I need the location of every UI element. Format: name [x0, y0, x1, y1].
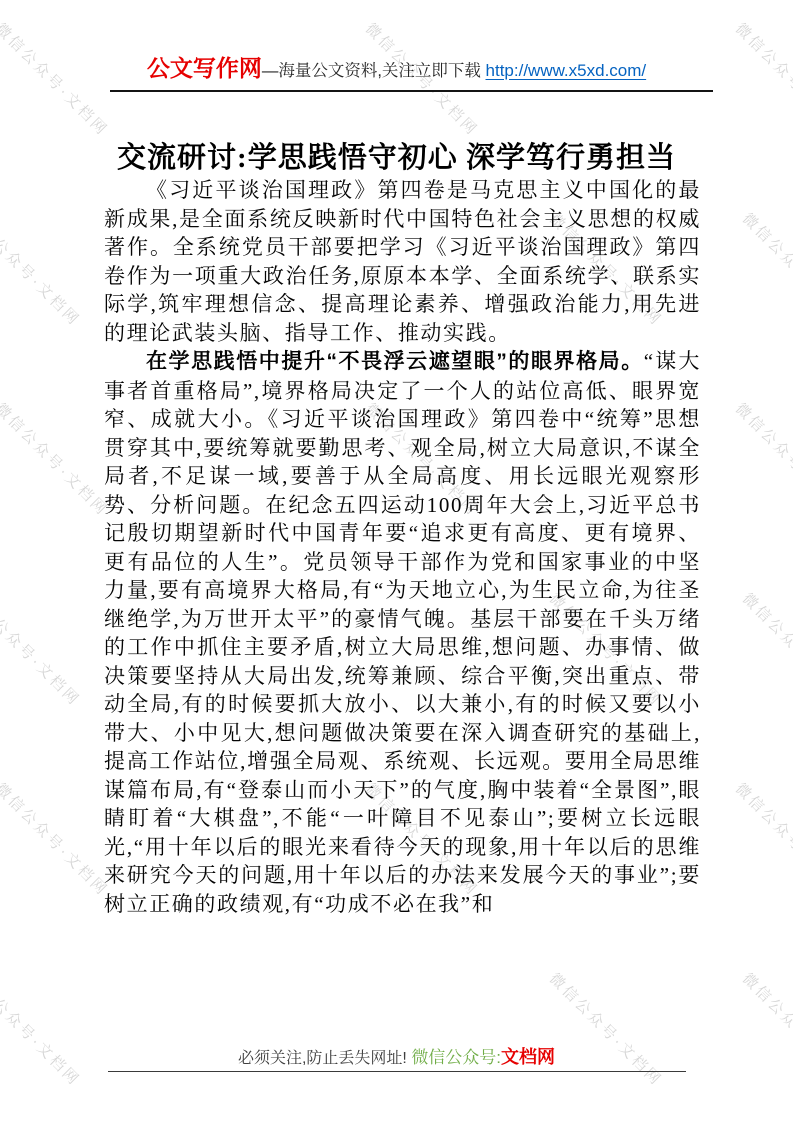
watermark-text: 微信公众号·文档网	[0, 968, 85, 1090]
footer-account-label: 微信公众号:	[411, 1048, 501, 1067]
footer-divider	[108, 1071, 686, 1072]
header-divider	[110, 90, 713, 92]
paragraph-text: 《习近平谈治国理政》第四卷是马克思主义中国化的最新成果,是全面系统反映新时代中国…	[104, 178, 701, 345]
footer-warning: 必须关注,防止丢失网址!	[238, 1050, 407, 1067]
paragraph-text: “谋大事者首重格局”,境界格局决定了一个人的站位高低、眼界宽窄、成就大小。《习近…	[104, 349, 701, 916]
page-footer: 必须关注,防止丢失网址! 微信公众号:文档网	[0, 1043, 793, 1069]
page-title: 交流研讨:学思践悟守初心 深学笃行勇担当	[0, 135, 793, 176]
document-body: 《习近平谈治国理政》第四卷是马克思主义中国化的最新成果,是全面系统反映新时代中国…	[104, 176, 701, 918]
paragraph: 在学思践悟中提升“不畏浮云遮望眼”的眼界格局。“谋大事者首重格局”,境界格局决定…	[104, 347, 701, 918]
site-name: 公文写作网	[147, 55, 262, 81]
site-url-link[interactable]: http://www.x5xd.com/	[486, 61, 647, 80]
site-tagline: —海量公文资料,关注立即下载	[262, 62, 486, 80]
site-header: 公文写作网—海量公文资料,关注立即下载 http://www.x5xd.com/	[0, 0, 793, 83]
document-page: 微信公众号·文档网微信公众号·文档网微信公众号·文档网微信公众号·文档网微信公众…	[0, 0, 793, 1122]
footer-account-name: 文档网	[501, 1047, 555, 1067]
watermark-text: 微信公众号·文档网	[738, 968, 793, 1090]
paragraph: 《习近平谈治国理政》第四卷是马克思主义中国化的最新成果,是全面系统反映新时代中国…	[104, 176, 701, 347]
paragraph-bold-lead: 在学思践悟中提升“不畏浮云遮望眼”的眼界格局。	[146, 350, 644, 373]
